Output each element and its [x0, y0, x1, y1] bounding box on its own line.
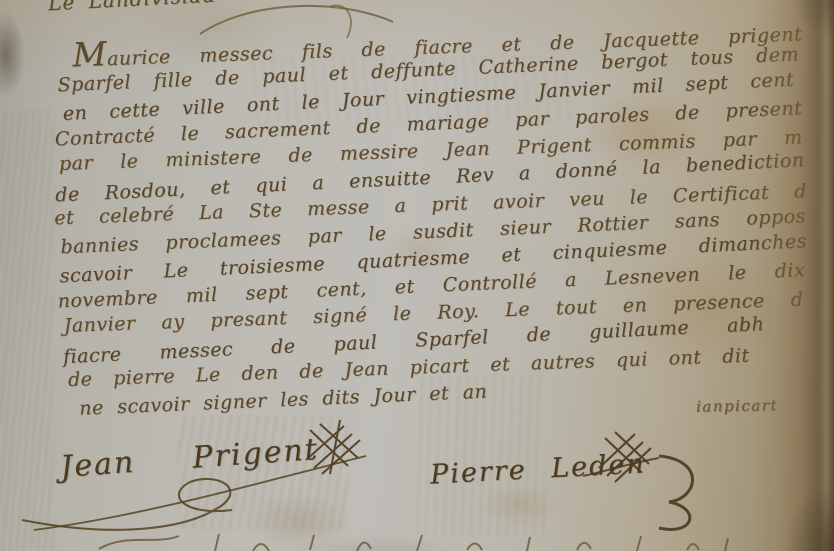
- leden-paraphe-flourish: [583, 428, 733, 548]
- top-cut-line: Le Landivisiau: [47, 0, 216, 15]
- bleed-through-left-margin: [0, 110, 54, 550]
- signature-jean-prigent: Jean Prigent: [59, 432, 320, 485]
- record-text: Maurice messec fils de fiacre et de Jacq…: [42, 14, 829, 424]
- manuscript-page: Le Landivisiau Maurice messec fils de fi…: [0, 0, 834, 551]
- bottom-cut-line: [95, 531, 740, 551]
- signature-jan-picart: ianpicart: [696, 396, 778, 415]
- signature-pierre-leden: Pierre Leden: [429, 448, 646, 490]
